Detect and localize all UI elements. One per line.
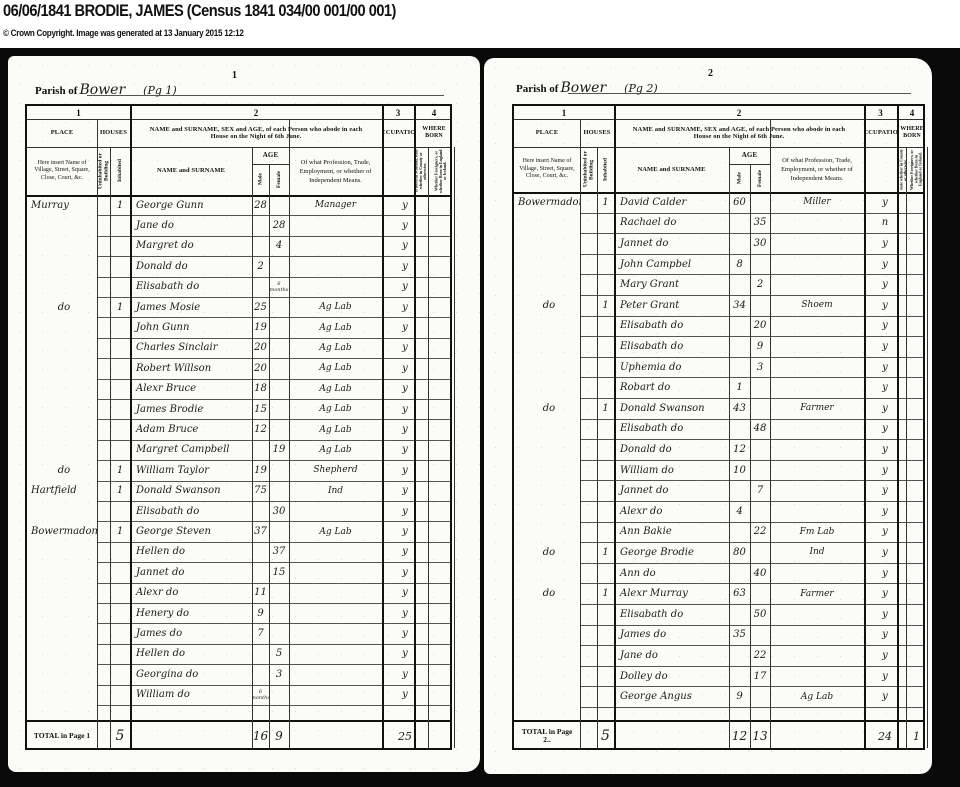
census-row[interactable]: Uphemia do3y bbox=[514, 357, 927, 378]
female-age-cell: 2 bbox=[750, 274, 770, 295]
place-cell: Bowermadon bbox=[514, 192, 580, 213]
inhabited-cell: 1 bbox=[110, 481, 130, 501]
born-in-county-cell: y bbox=[864, 377, 906, 398]
inhabited-cell bbox=[110, 215, 130, 235]
uninhabited-cell bbox=[580, 501, 597, 522]
uninhabited-cell bbox=[97, 664, 110, 684]
born-in-county-cell: y bbox=[382, 358, 428, 378]
census-row[interactable]: Rachael do35n bbox=[514, 213, 927, 234]
female-age-cell bbox=[269, 338, 289, 358]
census-row[interactable]: George Angus9Ag Laby bbox=[514, 686, 927, 707]
uninhabited-cell bbox=[97, 399, 110, 419]
born-in-county-cell: y bbox=[864, 686, 906, 707]
census-row[interactable]: Robart do1y bbox=[514, 377, 927, 398]
born-in-county-cell: y bbox=[864, 192, 906, 213]
place-cell: do bbox=[27, 460, 97, 480]
census-row[interactable]: Alexr Bruce18Ag Laby bbox=[27, 379, 454, 399]
census-row[interactable]: Hellen do37y bbox=[27, 542, 454, 562]
born-foreign-cell bbox=[428, 399, 454, 419]
census-row[interactable]: Elisabath do20y bbox=[514, 316, 927, 337]
census-row[interactable]: William do6 monthsy bbox=[27, 685, 454, 705]
occupation-cell bbox=[770, 480, 864, 501]
header-born-foreign: Whether Foreigners, or whether Born in E… bbox=[906, 147, 927, 192]
born-in-county-cell: y bbox=[382, 297, 428, 317]
born-in-county-cell: y bbox=[382, 419, 428, 439]
female-age-cell bbox=[269, 623, 289, 643]
male-age-cell: 63 bbox=[729, 583, 750, 604]
female-age-cell: 30 bbox=[750, 233, 770, 254]
uninhabited-cell bbox=[580, 542, 597, 563]
male-age-cell: 12 bbox=[252, 419, 269, 439]
born-in-county-cell: y bbox=[382, 481, 428, 501]
census-row[interactable]: do1William Taylor19Shepherdy bbox=[27, 460, 454, 480]
female-age-cell: 37 bbox=[269, 542, 289, 562]
born-in-county-cell: y bbox=[864, 480, 906, 501]
occupation-cell bbox=[770, 233, 864, 254]
inhabited-cell bbox=[110, 419, 130, 439]
census-row[interactable]: John Campbel8y bbox=[514, 254, 927, 275]
born-in-county-cell: y bbox=[864, 254, 906, 275]
total-female: 9 bbox=[269, 720, 289, 752]
occupation-cell: Ind bbox=[289, 481, 382, 501]
female-age-cell: 4 bbox=[269, 236, 289, 256]
uninhabited-cell bbox=[97, 379, 110, 399]
female-age-cell: 30 bbox=[269, 501, 289, 521]
born-foreign-cell bbox=[906, 254, 927, 275]
male-age-cell bbox=[729, 357, 750, 378]
inhabited-cell bbox=[597, 357, 614, 378]
born-foreign-cell bbox=[428, 521, 454, 541]
inhabited-cell bbox=[597, 625, 614, 646]
born-in-county-cell: y bbox=[382, 521, 428, 541]
census-row[interactable]: Mary Grant2y bbox=[514, 274, 927, 295]
born-foreign-cell bbox=[428, 583, 454, 603]
total-foreign bbox=[428, 720, 454, 752]
occupation-cell bbox=[289, 277, 382, 297]
census-row[interactable]: do1Alexr Murray63Farmery bbox=[514, 583, 927, 604]
name-cell: Alexr Bruce bbox=[130, 379, 252, 399]
occupation-cell bbox=[289, 215, 382, 235]
census-row[interactable]: Robert Willson20Ag Laby bbox=[27, 358, 454, 378]
total-inhabited: 5 bbox=[110, 720, 130, 752]
male-age-cell bbox=[252, 562, 269, 582]
born-foreign-cell bbox=[906, 274, 927, 295]
female-age-cell bbox=[750, 686, 770, 707]
occupation-cell bbox=[770, 625, 864, 646]
occupation-cell: Miller bbox=[770, 192, 864, 213]
male-age-cell: 9 bbox=[729, 686, 750, 707]
uninhabited-cell bbox=[580, 357, 597, 378]
uninhabited-cell bbox=[580, 398, 597, 419]
census-row[interactable]: Ann Bakie22Fm Laby bbox=[514, 522, 927, 543]
male-age-cell bbox=[252, 277, 269, 297]
uninhabited-cell bbox=[580, 686, 597, 707]
born-foreign-cell bbox=[906, 645, 927, 666]
census-row[interactable]: Elisabath do6 monthsy bbox=[27, 277, 454, 297]
name-cell: Jannet do bbox=[614, 233, 729, 254]
male-age-cell: 10 bbox=[729, 460, 750, 481]
born-foreign-cell bbox=[428, 460, 454, 480]
census-row[interactable]: Elisabath do30y bbox=[27, 501, 454, 521]
uninhabited-cell bbox=[97, 419, 110, 439]
page-number: 1 bbox=[232, 70, 237, 81]
name-cell: Hellen do bbox=[130, 542, 252, 562]
female-age-cell: 6 months bbox=[269, 277, 289, 297]
female-age-cell: 3 bbox=[750, 357, 770, 378]
occupation-cell: Manager bbox=[289, 195, 382, 215]
born-foreign-cell bbox=[906, 295, 927, 316]
born-in-county-cell: y bbox=[864, 398, 906, 419]
uninhabited-cell bbox=[97, 236, 110, 256]
total-inhabited: 5 bbox=[597, 720, 614, 752]
female-age-cell bbox=[269, 297, 289, 317]
born-foreign-cell bbox=[428, 277, 454, 297]
place-cell bbox=[514, 357, 580, 378]
uninhabited-cell bbox=[580, 563, 597, 584]
female-age-cell: 50 bbox=[750, 604, 770, 625]
place-cell bbox=[514, 316, 580, 337]
inhabited-cell bbox=[597, 645, 614, 666]
census-row[interactable]: do1Donald Swanson43Farmery bbox=[514, 398, 927, 419]
column-number: 2 bbox=[614, 106, 864, 119]
female-age-cell bbox=[750, 439, 770, 460]
column-number: 4 bbox=[897, 106, 927, 119]
uninhabited-cell bbox=[580, 336, 597, 357]
female-age-cell bbox=[750, 583, 770, 604]
born-foreign-cell bbox=[428, 542, 454, 562]
born-foreign-cell bbox=[906, 480, 927, 501]
place-cell bbox=[514, 480, 580, 501]
born-in-county-cell: y bbox=[864, 563, 906, 584]
place-cell bbox=[27, 256, 97, 276]
name-cell: George Brodie bbox=[614, 542, 729, 563]
born-in-county-cell: y bbox=[382, 236, 428, 256]
document-title: 06/06/1841 BRODIE, JAMES (Census 1841 03… bbox=[3, 1, 396, 21]
male-age-cell bbox=[252, 501, 269, 521]
female-age-cell: 19 bbox=[269, 440, 289, 460]
born-in-county-cell: y bbox=[864, 583, 906, 604]
inhabited-cell: 1 bbox=[597, 192, 614, 213]
uninhabited-cell bbox=[580, 192, 597, 213]
header-name-section: NAME and SURNAME, SEX and AGE, of each P… bbox=[130, 119, 382, 147]
name-cell: John Gunn bbox=[130, 317, 252, 337]
place-cell bbox=[514, 563, 580, 584]
male-age-cell: 1 bbox=[729, 377, 750, 398]
place-cell bbox=[27, 399, 97, 419]
male-age-cell bbox=[729, 645, 750, 666]
male-age-cell bbox=[729, 522, 750, 543]
inhabited-cell bbox=[597, 501, 614, 522]
born-in-county-cell: y bbox=[382, 623, 428, 643]
census-row[interactable]: Jannet do7y bbox=[514, 480, 927, 501]
place-cell: do bbox=[514, 583, 580, 604]
born-foreign-cell bbox=[906, 233, 927, 254]
inhabited-cell bbox=[110, 501, 130, 521]
uninhabited-cell bbox=[97, 644, 110, 664]
column-number: 3 bbox=[382, 106, 414, 119]
census-row[interactable]: Charles Sinclair20Ag Laby bbox=[27, 338, 454, 358]
female-age-cell: 9 bbox=[750, 336, 770, 357]
census-row[interactable]: Adam Bruce12Ag Laby bbox=[27, 419, 454, 439]
place-cell bbox=[514, 254, 580, 275]
census-row[interactable]: Alexr do11y bbox=[27, 583, 454, 603]
occupation-cell bbox=[289, 623, 382, 643]
occupation-cell: Farmer bbox=[770, 398, 864, 419]
born-in-county-cell: y bbox=[864, 274, 906, 295]
census-row[interactable]: Murray1George Gunn28Managery bbox=[27, 195, 454, 215]
male-age-cell bbox=[252, 215, 269, 235]
female-age-cell: 15 bbox=[269, 562, 289, 582]
occupation-cell bbox=[770, 666, 864, 687]
name-cell: George Steven bbox=[130, 521, 252, 541]
uninhabited-cell bbox=[97, 460, 110, 480]
occupation-cell bbox=[289, 562, 382, 582]
female-age-cell: 35 bbox=[750, 213, 770, 234]
census-table: 1234PLACEHOUSESNAME and SURNAME, SEX and… bbox=[25, 104, 452, 750]
name-cell: James do bbox=[614, 625, 729, 646]
uninhabited-cell bbox=[580, 295, 597, 316]
born-in-county-cell: y bbox=[864, 439, 906, 460]
place-cell: Bowermadon bbox=[27, 521, 97, 541]
census-row[interactable]: do1James Mosie25Ag Laby bbox=[27, 297, 454, 317]
census-row[interactable]: James Brodie15Ag Laby bbox=[27, 399, 454, 419]
census-row[interactable]: Bowermadon1George Steven37Ag Laby bbox=[27, 521, 454, 541]
name-cell: Robart do bbox=[614, 377, 729, 398]
born-foreign-cell bbox=[428, 379, 454, 399]
census-row[interactable]: Georgina do3y bbox=[27, 664, 454, 684]
name-cell: Donald Swanson bbox=[130, 481, 252, 501]
born-foreign-cell bbox=[906, 192, 927, 213]
total-born: 24 bbox=[864, 720, 906, 752]
born-foreign-cell bbox=[428, 256, 454, 276]
male-age-cell bbox=[729, 480, 750, 501]
total-uninhabited bbox=[97, 720, 110, 752]
male-age-cell bbox=[729, 563, 750, 584]
census-row[interactable]: Dolley do17y bbox=[514, 666, 927, 687]
place-cell bbox=[27, 277, 97, 297]
occupation-cell: Ag Lab bbox=[289, 358, 382, 378]
place-cell bbox=[514, 419, 580, 440]
occupation-cell: Farmer bbox=[770, 583, 864, 604]
male-age-cell: 20 bbox=[252, 338, 269, 358]
occupation-cell bbox=[770, 316, 864, 337]
place-cell bbox=[514, 522, 580, 543]
born-foreign-cell bbox=[428, 297, 454, 317]
occupation-cell: Shoem bbox=[770, 295, 864, 316]
header-place: PLACE bbox=[27, 119, 97, 147]
census-row[interactable]: do1Peter Grant34Shoemy bbox=[514, 295, 927, 316]
inhabited-cell: 1 bbox=[110, 521, 130, 541]
census-row[interactable]: Hellen do5y bbox=[27, 644, 454, 664]
census-row[interactable]: Hartfield1Donald Swanson75Indy bbox=[27, 481, 454, 501]
place-cell bbox=[514, 233, 580, 254]
uninhabited-cell bbox=[97, 195, 110, 215]
uninhabited-cell bbox=[580, 645, 597, 666]
born-foreign-cell bbox=[428, 358, 454, 378]
census-row[interactable]: Alexr do4y bbox=[514, 501, 927, 522]
parish-underline bbox=[568, 93, 911, 94]
name-cell: Alexr do bbox=[614, 501, 729, 522]
occupation-cell bbox=[770, 357, 864, 378]
total-foreign: 1 bbox=[906, 720, 927, 752]
name-cell: Henery do bbox=[130, 603, 252, 623]
header-female: Female bbox=[750, 164, 770, 192]
born-foreign-cell bbox=[906, 357, 927, 378]
born-foreign-cell bbox=[906, 583, 927, 604]
census-row[interactable]: Elisabath do9y bbox=[514, 336, 927, 357]
header-born-scotland: If Born in Scotland, state whether in Co… bbox=[414, 147, 428, 195]
male-age-cell: 43 bbox=[729, 398, 750, 419]
born-in-county-cell: y bbox=[864, 336, 906, 357]
uninhabited-cell bbox=[580, 377, 597, 398]
occupation-cell: Fm Lab bbox=[770, 522, 864, 543]
uninhabited-cell bbox=[97, 562, 110, 582]
place-cell bbox=[514, 666, 580, 687]
header-born-scotland: If Born in Scotland, state whether in Co… bbox=[897, 147, 906, 192]
place-cell bbox=[27, 664, 97, 684]
uninhabited-cell bbox=[97, 297, 110, 317]
census-row[interactable]: Donald do12y bbox=[514, 439, 927, 460]
male-age-cell bbox=[729, 233, 750, 254]
census-row[interactable]: Donald do2y bbox=[27, 256, 454, 276]
female-age-cell bbox=[269, 358, 289, 378]
inhabited-cell bbox=[597, 666, 614, 687]
inhabited-cell bbox=[110, 623, 130, 643]
born-foreign-cell bbox=[906, 666, 927, 687]
occupation-cell: Ag Lab bbox=[289, 338, 382, 358]
female-age-cell bbox=[269, 685, 289, 705]
uninhabited-cell bbox=[580, 233, 597, 254]
inhabited-cell: 1 bbox=[110, 297, 130, 317]
header-place: PLACE bbox=[514, 119, 580, 147]
header-born-foreign: Whether Foreigners, or whether Born in E… bbox=[428, 147, 454, 195]
born-in-county-cell: y bbox=[864, 419, 906, 440]
header-male: Male bbox=[252, 164, 269, 195]
born-in-county-cell: y bbox=[864, 666, 906, 687]
uninhabited-cell bbox=[97, 603, 110, 623]
census-row[interactable]: William do10y bbox=[514, 460, 927, 481]
place-cell bbox=[27, 358, 97, 378]
census-row[interactable]: Elisabath do48y bbox=[514, 419, 927, 440]
uninhabited-cell bbox=[97, 542, 110, 562]
column-rule bbox=[927, 147, 928, 748]
total-male: 12 bbox=[729, 720, 750, 752]
uninhabited-cell bbox=[580, 213, 597, 234]
place-cell bbox=[27, 562, 97, 582]
born-in-county-cell: y bbox=[864, 625, 906, 646]
female-age-cell bbox=[750, 377, 770, 398]
parish-underline bbox=[87, 95, 444, 96]
male-age-cell bbox=[252, 644, 269, 664]
inhabited-cell bbox=[597, 336, 614, 357]
uninhabited-cell bbox=[97, 481, 110, 501]
census-row[interactable]: Henery do9y bbox=[27, 603, 454, 623]
male-age-cell bbox=[252, 236, 269, 256]
census-row[interactable]: Margret Campbell19Ag Laby bbox=[27, 440, 454, 460]
name-cell: Jannet do bbox=[614, 480, 729, 501]
male-age-cell: 11 bbox=[252, 583, 269, 603]
inhabited-cell bbox=[597, 604, 614, 625]
uninhabited-cell bbox=[580, 583, 597, 604]
census-row[interactable]: Bowermadon1David Calder60Millery bbox=[514, 192, 927, 213]
uninhabited-cell bbox=[580, 316, 597, 337]
female-age-cell bbox=[269, 419, 289, 439]
born-in-county-cell: y bbox=[864, 501, 906, 522]
born-in-county-cell: y bbox=[864, 604, 906, 625]
header-inhabited: Inhabited bbox=[110, 147, 130, 195]
male-age-cell: 18 bbox=[252, 379, 269, 399]
male-age-cell: 37 bbox=[252, 521, 269, 541]
born-foreign-cell bbox=[428, 685, 454, 705]
inhabited-cell: 1 bbox=[597, 542, 614, 563]
female-age-cell bbox=[269, 481, 289, 501]
occupation-cell bbox=[770, 213, 864, 234]
inhabited-cell bbox=[110, 338, 130, 358]
born-foreign-cell bbox=[428, 481, 454, 501]
header-where-born: WHERE BORN bbox=[414, 119, 454, 147]
born-foreign-cell bbox=[906, 377, 927, 398]
name-cell: John Campbel bbox=[614, 254, 729, 275]
census-row[interactable]: Jane do22y bbox=[514, 645, 927, 666]
male-age-cell bbox=[729, 336, 750, 357]
header-houses: HOUSES bbox=[580, 119, 614, 147]
place-cell bbox=[27, 440, 97, 460]
male-age-cell: 34 bbox=[729, 295, 750, 316]
column-number: 3 bbox=[864, 106, 897, 119]
census-row[interactable]: Ann do40y bbox=[514, 563, 927, 584]
census-row[interactable]: Jane do28y bbox=[27, 215, 454, 235]
born-in-county-cell: y bbox=[382, 256, 428, 276]
born-in-county-cell: y bbox=[864, 316, 906, 337]
name-cell: William do bbox=[614, 460, 729, 481]
female-age-cell: 40 bbox=[750, 563, 770, 584]
name-cell: William do bbox=[130, 685, 252, 705]
female-age-cell bbox=[269, 317, 289, 337]
female-age-cell: 5 bbox=[269, 644, 289, 664]
place-cell bbox=[514, 336, 580, 357]
place-cell: do bbox=[514, 398, 580, 419]
census-row[interactable]: Margret do4y bbox=[27, 236, 454, 256]
census-row[interactable]: Jannet do30y bbox=[514, 233, 927, 254]
row-rule bbox=[580, 707, 923, 708]
header-where-born: WHERE BORN bbox=[897, 119, 927, 147]
inhabited-cell bbox=[597, 686, 614, 707]
born-foreign-cell bbox=[428, 562, 454, 582]
born-in-county-cell: y bbox=[864, 645, 906, 666]
male-age-cell: 19 bbox=[252, 317, 269, 337]
born-in-county-cell: y bbox=[382, 644, 428, 664]
born-in-county-cell: y bbox=[864, 542, 906, 563]
census-row[interactable]: Elisabath do50y bbox=[514, 604, 927, 625]
place-cell: Hartfield bbox=[27, 481, 97, 501]
census-row[interactable]: do1George Brodie80Indy bbox=[514, 542, 927, 563]
census-row[interactable]: James do35y bbox=[514, 625, 927, 646]
census-row[interactable]: John Gunn19Ag Laby bbox=[27, 317, 454, 337]
male-age-cell: 9 bbox=[252, 603, 269, 623]
row-rule bbox=[97, 705, 450, 706]
female-age-cell: 22 bbox=[750, 522, 770, 543]
name-cell: William Taylor bbox=[130, 460, 252, 480]
occupation-cell: Ag Lab bbox=[289, 297, 382, 317]
born-in-county-cell: y bbox=[382, 664, 428, 684]
male-age-cell: 75 bbox=[252, 481, 269, 501]
female-age-cell bbox=[750, 501, 770, 522]
census-row[interactable]: Jannet do15y bbox=[27, 562, 454, 582]
female-age-cell bbox=[750, 192, 770, 213]
census-row[interactable]: James do7y bbox=[27, 623, 454, 643]
name-cell: George Gunn bbox=[130, 195, 252, 215]
male-age-cell: 15 bbox=[252, 399, 269, 419]
